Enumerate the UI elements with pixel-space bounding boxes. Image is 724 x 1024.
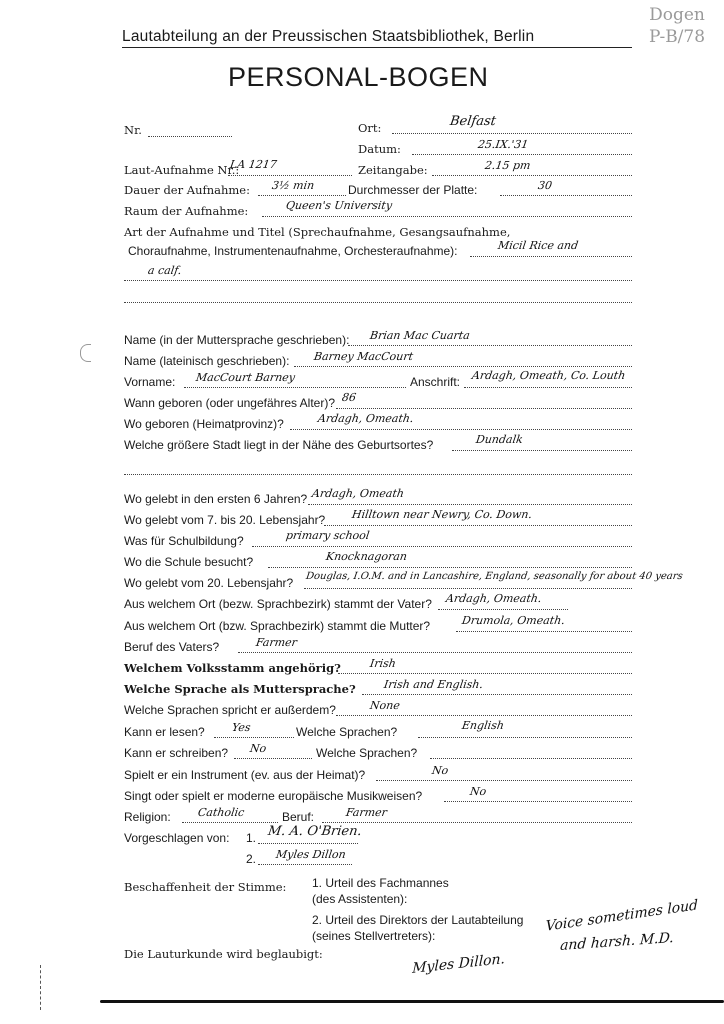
scan-edge — [40, 965, 42, 1010]
muttersprache-value: Irish and English. — [383, 678, 484, 691]
name-latein-value: Barney MacCourt — [313, 350, 414, 363]
zeitangabe-label: Zeitangabe: — [358, 163, 428, 177]
wo-geboren-label: Wo geboren (Heimatprovinz)? — [124, 417, 284, 431]
wann-geboren-label: Wann geboren (oder ungefähres Alter)? — [124, 396, 335, 410]
urteil-2-line-2: (seines Stellvertreters): — [312, 929, 435, 943]
raum-label: Raum der Aufnahme: — [124, 204, 248, 218]
archive-mark-line1: Dogen — [642, 4, 712, 26]
zeitangabe-field — [432, 163, 632, 176]
schreiben-sprachen-label: Welche Sprachen? — [316, 746, 417, 760]
beruf-vater-field — [238, 640, 632, 653]
volksstamm-value: Irish — [369, 657, 397, 670]
lesen-sprachen-field — [418, 725, 632, 738]
name-mutter-label: Name (in der Muttersprache geschrieben): — [124, 333, 349, 347]
anschrift-value: Ardagh, Omeath, Co. Louth — [471, 369, 626, 382]
lesen-sprachen-value: English — [461, 719, 505, 732]
urteil-1-line-1: 1. Urteil des Fachmannes — [312, 876, 449, 890]
musikweisen-value: No — [469, 785, 487, 798]
urteil-1-line-2: (des Assistenten): — [312, 892, 407, 906]
anschrift-label: Anschrift: — [410, 375, 460, 389]
vorname-label: Vorname: — [124, 375, 175, 389]
instrument-field — [376, 768, 632, 781]
institution-header: Lautabteilung an der Preussischen Staats… — [122, 28, 632, 48]
zeitangabe-value: 2.15 pm — [484, 159, 531, 172]
beruf-value: Farmer — [345, 806, 388, 819]
beruf-vater-value: Farmer — [255, 636, 298, 649]
wo-geboren-value: Ardagh, Omeath. — [317, 412, 414, 425]
name-latein-label: Name (lateinisch geschrieben): — [124, 354, 289, 368]
archive-stamp: Dogen P-B/78 — [642, 4, 712, 48]
jahr-7-20-value: Hilltown near Newry, Co. Down. — [351, 508, 533, 521]
religion-label: Religion: — [124, 810, 171, 824]
beruf-label: Beruf: — [282, 810, 314, 824]
nr-field — [148, 124, 232, 137]
weitere-sprachen-value: None — [369, 699, 401, 712]
erste-6-jahre-value: Ardagh, Omeath — [311, 487, 405, 500]
nr-label: Nr. — [124, 123, 142, 137]
schreiben-value: No — [249, 742, 267, 755]
urteil-2-value-line-1: Voice sometimes loud — [546, 897, 698, 935]
vorgeschlagen-num-1: 1. — [246, 831, 256, 845]
vorgeschlagen-label: Vorgeschlagen von: — [124, 831, 229, 845]
ab-20-value: Douglas, I.O.M. and in Lancashire, Engla… — [305, 571, 683, 582]
dauer-value: 3½ min — [271, 179, 315, 192]
ort-label: Ort: — [358, 121, 381, 135]
art-field-3 — [124, 290, 632, 303]
schreiben-label: Kann er schreiben? — [124, 746, 228, 760]
beglaubigt-signature: Myles Dillon. — [412, 951, 505, 977]
vater-ort-label: Aus welchem Ort (bezw. Sprachbezirk) sta… — [124, 597, 432, 611]
musikweisen-label: Singt oder spielt er moderne europäische… — [124, 789, 422, 803]
lesen-value: Yes — [231, 721, 251, 734]
schreiben-sprachen-field — [430, 746, 632, 759]
beglaubigt-label: Die Lauturkunde wird beglaubigt: — [124, 947, 323, 961]
religion-value: Catholic — [197, 806, 245, 819]
wann-geboren-value: 86 — [341, 391, 357, 404]
ab-20-label: Wo gelebt vom 20. Lebensjahr? — [124, 576, 293, 590]
laut-aufnahme-nr-value: LA 1217 — [229, 158, 278, 171]
schule-besucht-value: Knocknagoran — [325, 550, 408, 563]
vorgeschlagen-value-1: M. A. O'Brien. — [267, 824, 363, 839]
art-label-line1: Art der Aufnahme und Titel (Sprechaufnah… — [124, 225, 510, 239]
volksstamm-label: Welchem Volksstamm angehörig? — [124, 661, 341, 675]
durchmesser-value: 30 — [537, 179, 553, 192]
art-value-2: a calf. — [147, 264, 182, 277]
vorgeschlagen-num-2: 2. — [246, 852, 256, 866]
datum-value: 25.IX.'31 — [477, 138, 529, 151]
lesen-field — [214, 725, 294, 738]
schule-besucht-field — [268, 555, 632, 568]
instrument-value: No — [431, 764, 449, 777]
jahr-7-20-label: Wo gelebt vom 7. bis 20. Lebensjahr? — [124, 513, 325, 527]
datum-label: Datum: — [358, 142, 401, 156]
blank-field — [124, 462, 632, 475]
mutter-ort-label: Aus welchem Ort (bzw. Sprachbezirk) stam… — [124, 619, 430, 633]
instrument-label: Spielt er ein Instrument (ev. aus der He… — [124, 768, 365, 782]
groessere-stadt-value: Dundalk — [475, 433, 524, 446]
laut-aufnahme-nr-label: Laut-Aufnahme Nr.: — [124, 163, 239, 177]
schreiben-field — [234, 746, 312, 759]
groessere-stadt-label: Welche größere Stadt liegt in der Nähe d… — [124, 438, 433, 452]
art-label-line2: Choraufnahme, Instrumentenaufnahme, Orch… — [128, 244, 458, 258]
schule-besucht-label: Wo die Schule besucht? — [124, 555, 253, 569]
lesen-sprachen-label: Welche Sprachen? — [296, 725, 397, 739]
art-value-1: Micil Rice and — [497, 239, 579, 252]
margin-mark — [80, 344, 91, 362]
art-field-2 — [124, 268, 632, 281]
vater-ort-value: Ardagh, Omeath. — [445, 592, 542, 605]
wann-geboren-field — [336, 396, 632, 409]
ort-value: Belfast — [449, 114, 497, 129]
beruf-vater-label: Beruf des Vaters? — [124, 640, 219, 654]
form-title: PERSONAL-BOGEN — [228, 62, 489, 93]
vorgeschlagen-value-2: Myles Dillon — [275, 848, 347, 861]
schulbildung-value: primary school — [285, 529, 370, 542]
durchmesser-field — [500, 183, 632, 196]
bottom-rule — [100, 1000, 724, 1003]
vorname-value: MacCourt Barney — [195, 371, 296, 384]
erste-6-jahre-label: Wo gelebt in den ersten 6 Jahren? — [124, 492, 307, 506]
dauer-label: Dauer der Aufnahme: — [124, 183, 250, 197]
muttersprache-label: Welche Sprache als Muttersprache? — [124, 682, 356, 696]
stimme-label: Beschaffenheit der Stimme: — [124, 880, 286, 894]
lesen-label: Kann er lesen? — [124, 725, 205, 739]
name-mutter-value: Brian Mac Cuarta — [369, 329, 471, 342]
raum-value: Queen's University — [285, 199, 393, 212]
weitere-sprachen-label: Welche Sprachen spricht er außerdem? — [124, 703, 336, 717]
mutter-ort-value: Drumola, Omeath. — [461, 614, 566, 627]
urteil-2-value-line-2: and harsh. M.D. — [560, 930, 675, 954]
ort-field — [392, 121, 632, 134]
archive-mark-line2: P-B/78 — [642, 26, 712, 48]
schulbildung-label: Was für Schulbildung? — [124, 534, 244, 548]
durchmesser-label: Durchmesser der Platte: — [348, 183, 477, 197]
urteil-2-line-1: 2. Urteil des Direktors der Lautabteilun… — [312, 913, 523, 927]
